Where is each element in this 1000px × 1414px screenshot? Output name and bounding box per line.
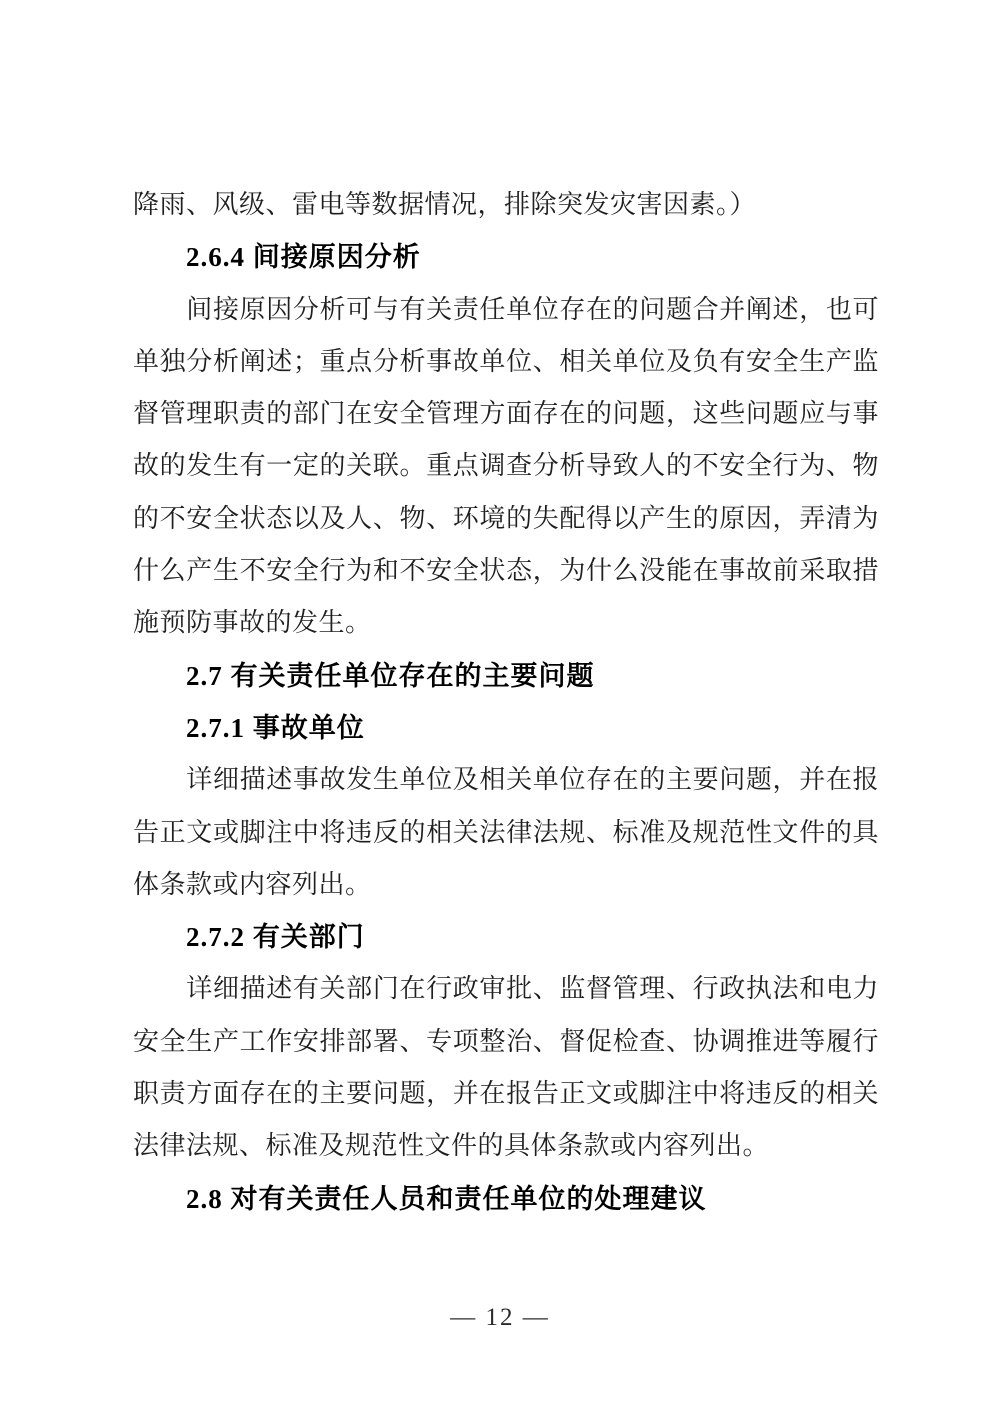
section-heading-2-6-4: 2.6.4 间接原因分析: [133, 231, 879, 283]
text-line: 什么产生不安全行为和不安全状态，为什么没能在事故前采取措: [133, 545, 879, 597]
text-line: 安全生产工作安排部署、专项整治、督促检查、协调推进等履行: [133, 1016, 879, 1068]
section-heading-2-7: 2.7 有关责任单位存在的主要问题: [133, 650, 879, 702]
text-line: 故的发生有一定的关联。重点调查分析导致人的不安全行为、物: [133, 440, 879, 492]
text-line: 施预防事故的发生。: [133, 597, 879, 649]
text-line: 详细描述事故发生单位及相关单位存在的主要问题，并在报: [133, 754, 879, 806]
section-heading-2-7-1: 2.7.1 事故单位: [133, 702, 879, 754]
section-heading-2-8: 2.8 对有关责任人员和责任单位的处理建议: [133, 1173, 879, 1225]
document-body: 降雨、风级、雷电等数据情况，排除突发灾害因素。） 2.6.4 间接原因分析 间接…: [133, 179, 879, 1225]
text-line: 的不安全状态以及人、物、环境的失配得以产生的原因，弄清为: [133, 493, 879, 545]
text-line: 体条款或内容列出。: [133, 859, 879, 911]
text-line: 详细描述有关部门在行政审批、监督管理、行政执法和电力: [133, 963, 879, 1015]
section-heading-2-7-2: 2.7.2 有关部门: [133, 911, 879, 963]
text-line: 告正文或脚注中将违反的相关法律法规、标准及规范性文件的具: [133, 807, 879, 859]
text-line: 降雨、风级、雷电等数据情况，排除突发灾害因素。）: [133, 179, 879, 231]
text-line: 单独分析阐述；重点分析事故单位、相关单位及负有安全生产监: [133, 336, 879, 388]
page-number: — 12 —: [0, 1298, 1000, 1338]
text-line: 督管理职责的部门在安全管理方面存在的问题，这些问题应与事: [133, 388, 879, 440]
document-page: 降雨、风级、雷电等数据情况，排除突发灾害因素。） 2.6.4 间接原因分析 间接…: [0, 0, 1000, 1414]
text-line: 法律法规、标准及规范性文件的具体条款或内容列出。: [133, 1120, 879, 1172]
text-line: 职责方面存在的主要问题，并在报告正文或脚注中将违反的相关: [133, 1068, 879, 1120]
text-line: 间接原因分析可与有关责任单位存在的问题合并阐述，也可: [133, 284, 879, 336]
